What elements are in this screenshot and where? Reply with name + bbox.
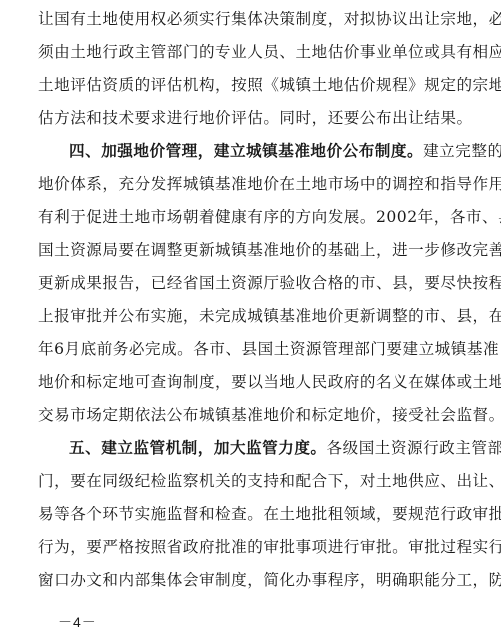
text-line: 更新成果报告，已经省国土资源厅验收合格的市、县，要尽快按程序 xyxy=(38,272,452,294)
section-heading-four: 四、加强地价管理，建立城镇基准地价公布制度。 xyxy=(69,142,423,160)
text-line: 年6月底前务必完成。各市、县国土资源管理部门要建立城镇基准 xyxy=(38,338,452,360)
text-line: 窗口办文和内部集体会审制度，简化办事程序，明确职能分工，防止 xyxy=(38,569,452,591)
text-line: 土地评估资质的评估机构，按照《城镇土地估价规程》规定的宗地评 xyxy=(38,74,452,96)
text-line: 行为，要严格按照省政府批准的审批事项进行审批。审批过程实行 xyxy=(38,536,452,558)
text-line: 交易市场定期依法公布城镇基准地价和标定地价，接受社会监督。 xyxy=(38,404,452,426)
text-line: 有利于促进土地市场朝着健康有序的方向发展。2002年，各市、县 xyxy=(38,206,452,228)
text-line: 估方法和技术要求进行地价评估。同时，还要公布出让结果。 xyxy=(38,107,452,129)
text-line: 易等各个环节实施监督和检查。在土地批租领域，要规范行政审批 xyxy=(38,503,452,525)
text-run: 建立完整的 xyxy=(423,142,501,160)
text-line: 地价和标定地可查询制度，要以当地人民政府的名义在媒体或土地 xyxy=(38,371,452,393)
text-line: 让国有土地使用权必须实行集体决策制度，对拟协议出让宗地，必 xyxy=(38,8,452,30)
page-number: －4－ xyxy=(58,612,97,632)
text-line: 上报审批并公布实施，未完成城镇基准地价更新调整的市、县，在今 xyxy=(38,305,452,327)
text-line: 地价体系，充分发挥城镇基准地价在土地市场中的调控和指导作用， xyxy=(38,173,452,195)
text-line: 须由土地行政主管部门的专业人员、土地估价事业单位或具有相应 xyxy=(38,41,452,63)
text-run: 各级国土资源行政主管部 xyxy=(327,439,501,457)
text-line: 门，要在同级纪检监察机关的支持和配合下，对土地供应、出让、交 xyxy=(38,470,452,492)
section-heading-five: 五、建立监管机制，加大监管力度。 xyxy=(69,439,327,457)
text-line: 国土资源局要在调整更新城镇基准地价的基础上，进一步修改完善 xyxy=(38,239,452,261)
section-five-line: 五、建立监管机制，加大监管力度。各级国土资源行政主管部 xyxy=(38,437,452,459)
section-four-line: 四、加强地价管理，建立城镇基准地价公布制度。建立完整的 xyxy=(38,140,452,162)
